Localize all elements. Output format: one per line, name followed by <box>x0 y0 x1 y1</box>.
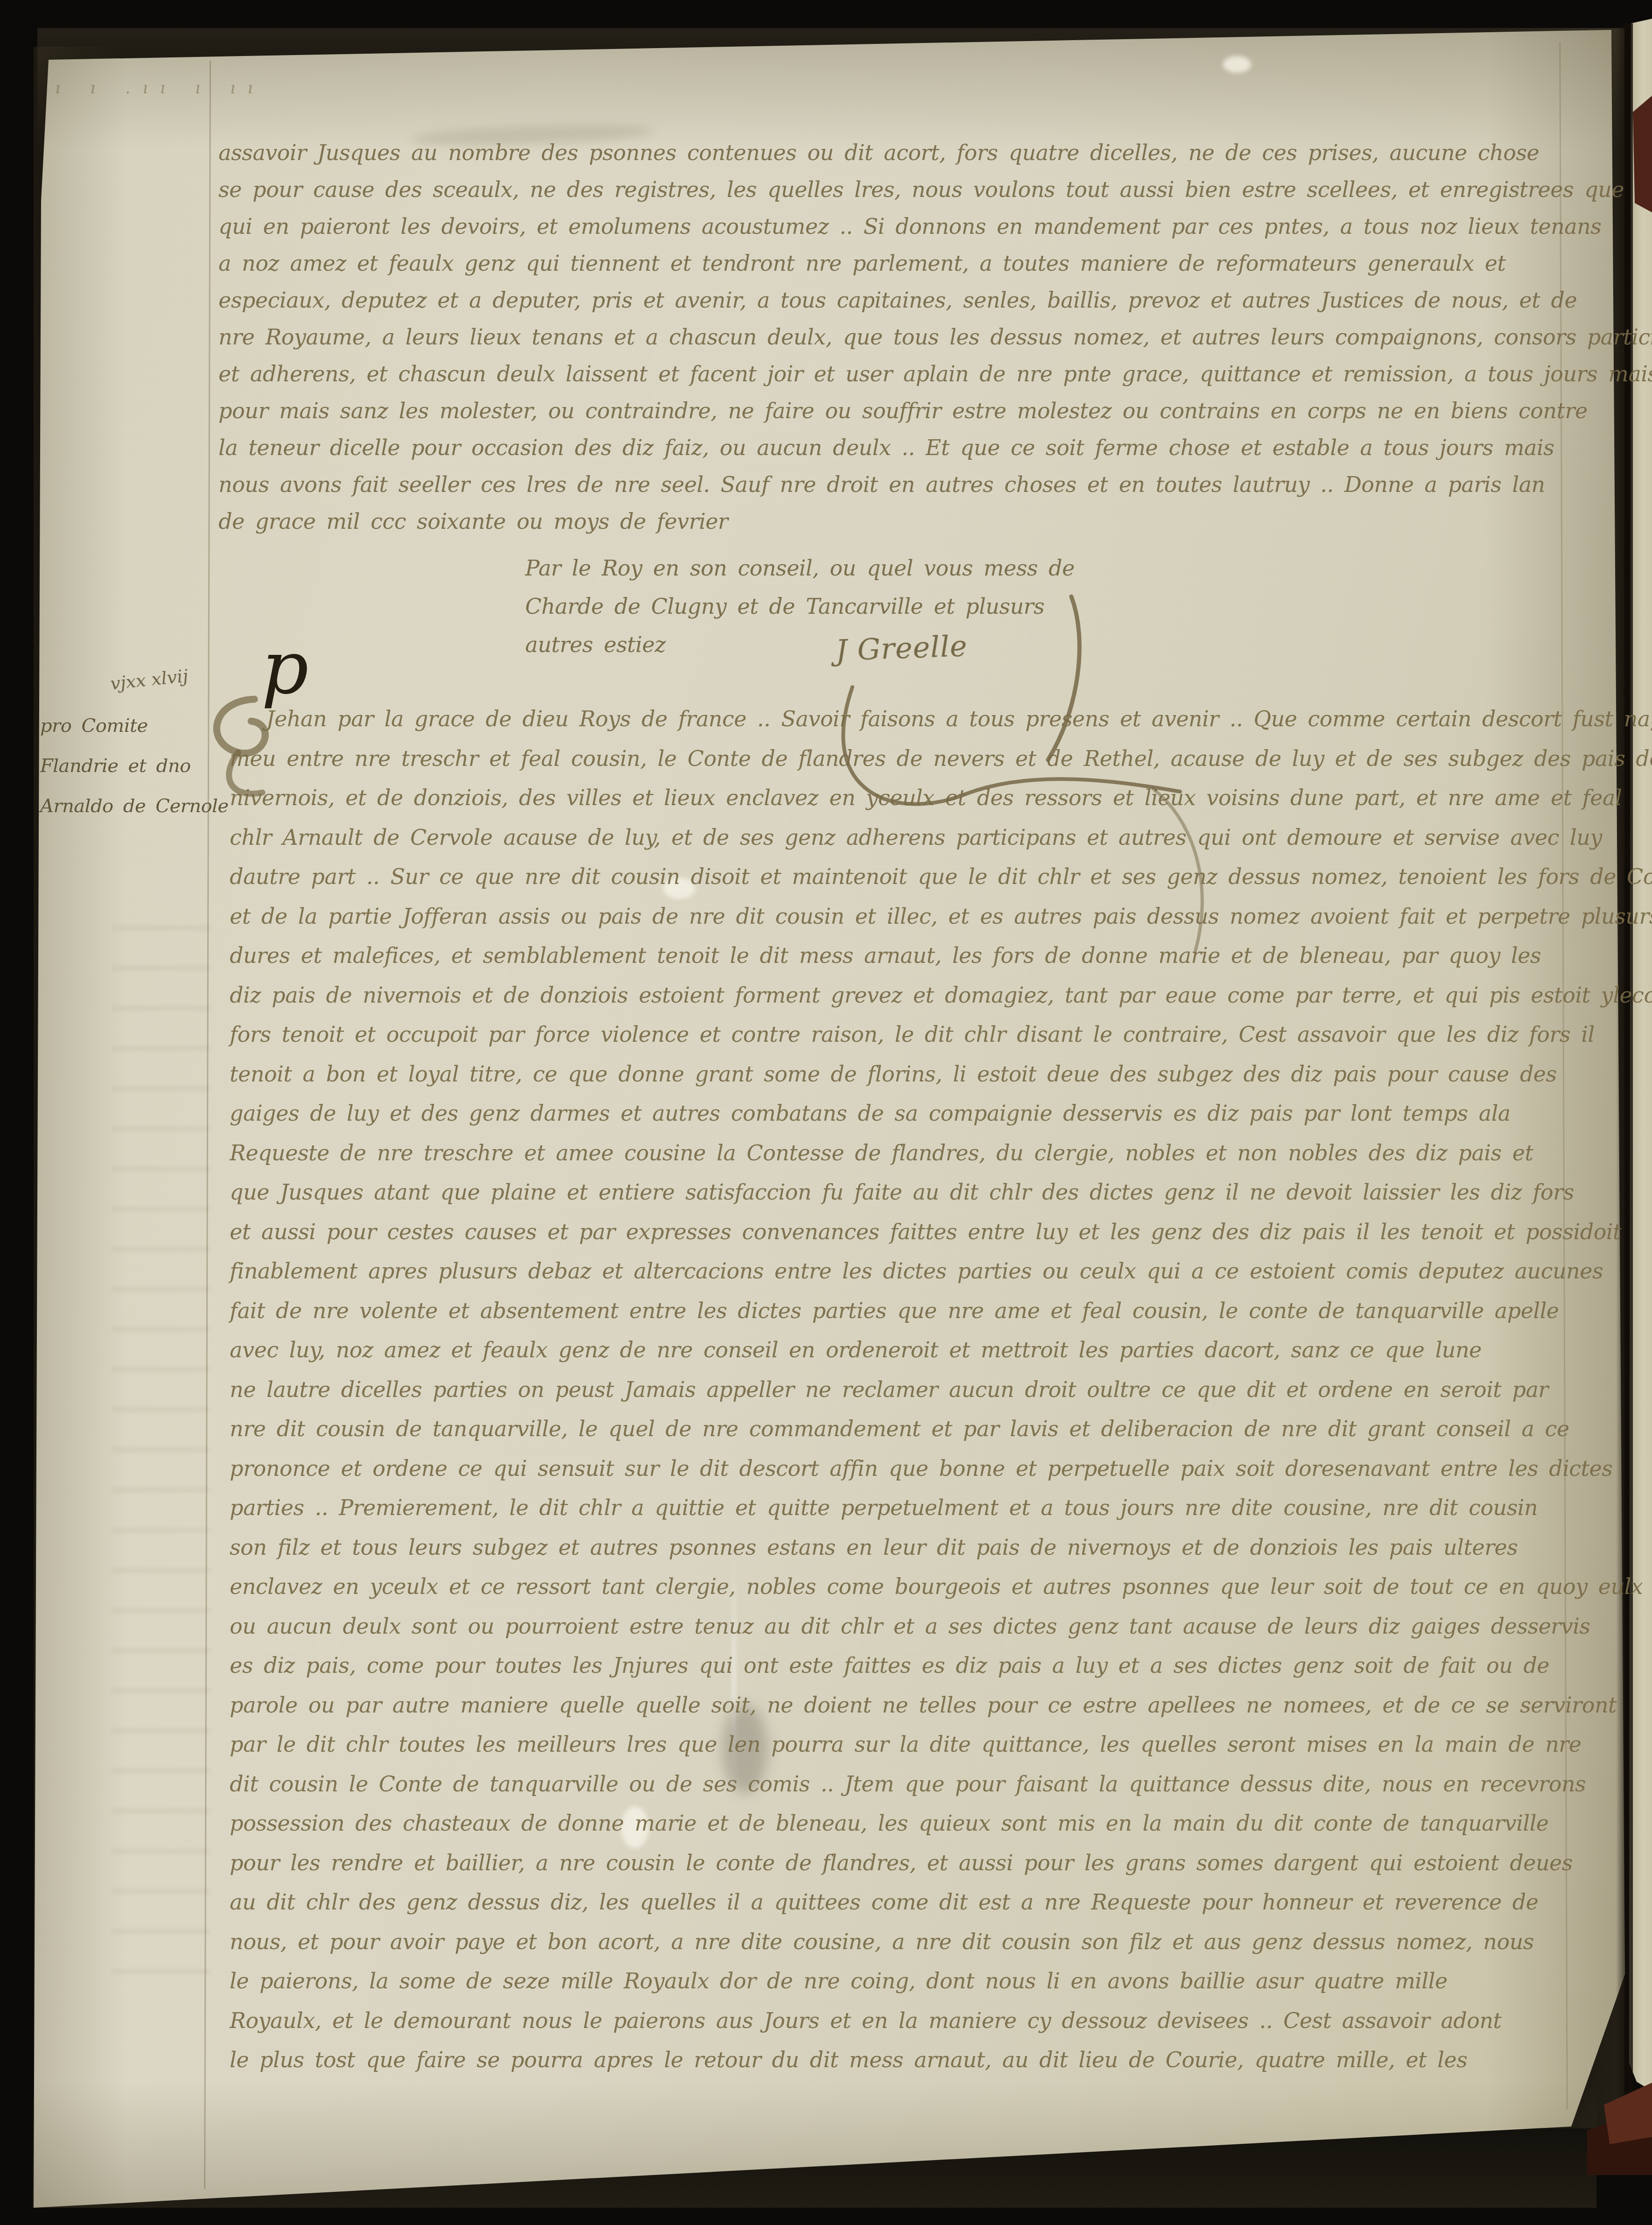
text-line: et de la partie Jofferan assis ou pais d… <box>230 897 1652 936</box>
text-line: possession des chasteaux de donne marie … <box>230 1804 1652 1843</box>
text-line: dures et malefices, et semblablement ten… <box>230 936 1652 976</box>
text-line: diz pais de nivernois et de donziois est… <box>230 976 1652 1015</box>
text-line: meu entre nre treschr et feal cousin, le… <box>230 739 1652 779</box>
text-line: fors tenoit et occupoit par force violen… <box>230 1015 1652 1054</box>
text-line: nous, et pour avoir paye et bon acort, a… <box>230 1922 1652 1962</box>
text-line: nivernois, et de donziois, des villes et… <box>230 778 1652 818</box>
text-line: et aussi pour cestes causes et par expre… <box>230 1212 1652 1252</box>
text-line: au dit chlr des genz dessus diz, les que… <box>230 1882 1652 1922</box>
text-line: fait de nre volente et absentement entre… <box>230 1291 1652 1331</box>
text-line: le plus tost que faire se pourra apres l… <box>230 2040 1652 2080</box>
text-line: gaiges de luy et des genz darmes et autr… <box>230 1094 1652 1133</box>
text-line: parole ou par autre maniere quelle quell… <box>230 1685 1652 1725</box>
text-line: Requeste de nre treschre et amee cousine… <box>230 1133 1652 1173</box>
text-line: Jehan par la grace de dieu Roys de franc… <box>230 699 1652 739</box>
text-line: nre dit cousin de tanquarville, le quel … <box>230 1409 1652 1449</box>
text-line: pour les rendre et baillier, a nre cousi… <box>230 1843 1652 1883</box>
text-line: prononce et ordene ce qui sensuit sur le… <box>230 1449 1652 1488</box>
text-line: son filz et tous leurs subgez et autres … <box>230 1528 1652 1567</box>
text-line: Royaulx, et le demourant nous le paieron… <box>230 2001 1652 2041</box>
text-line: par le dit chlr toutes les meilleurs lre… <box>230 1725 1652 1764</box>
text-line: dit cousin le Conte de tanquarville ou d… <box>230 1764 1652 1804</box>
text-line: que Jusques atant que plaine et entiere … <box>230 1172 1652 1212</box>
text-line: le paierons, la some de seze mille Royau… <box>230 1961 1652 2001</box>
text-line: ou aucun deulx sont ou pourroient estre … <box>230 1607 1652 1646</box>
act-two-text: Jehan par la grace de dieu Roys de franc… <box>230 699 1652 2080</box>
text-line: parties .. Premierement, le dit chlr a q… <box>230 1488 1652 1528</box>
text-line: ne lautre dicelles parties on peust Jama… <box>230 1370 1652 1410</box>
text-line: es diz pais, come pour toutes les Jnjure… <box>230 1646 1652 1685</box>
text-line: tenoit a bon et loyal titre, ce que donn… <box>230 1054 1652 1094</box>
text-line: avec luy, noz amez et feaulx genz de nre… <box>230 1330 1652 1370</box>
text-line: chlr Arnault de Cervole acause de luy, e… <box>230 818 1652 857</box>
manuscript-scan: ı ı .ıı ı ıı assavoir Jusques au nombre … <box>0 0 1652 2225</box>
text-line: enclavez en yceulx et ce ressort tant cl… <box>230 1567 1652 1607</box>
text-line: finablement apres plusurs debaz et alter… <box>230 1251 1652 1291</box>
text-line: dautre part .. Sur ce que nre dit cousin… <box>230 857 1652 897</box>
